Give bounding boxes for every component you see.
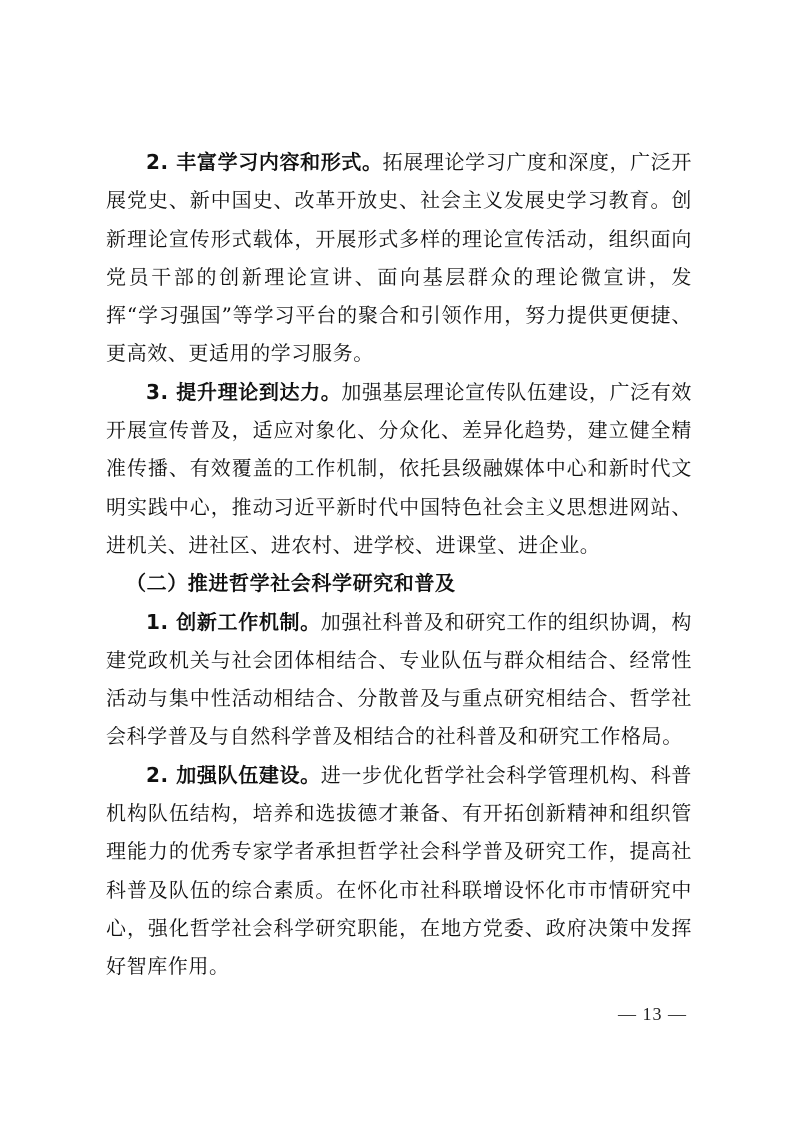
paragraph-text: 拓展理论学习广度和深度，广泛开展党史、新中国史、改革开放史、社会主义发展史学习教…: [106, 150, 692, 365]
paragraph-lead: 2. 加强队伍建设。: [146, 763, 321, 787]
page-number: — 13 —: [618, 1004, 687, 1025]
section-heading: （二）推进哲学社会科学研究和普及: [106, 564, 692, 602]
document-body: 2. 丰富学习内容和形式。拓展理论学习广度和深度，广泛开展党史、新中国史、改革开…: [106, 143, 692, 986]
paragraph-theory-reach: 3. 提升理论到达力。加强基层理论宣传队伍建设，广泛有效开展宣传普及，适应对象化…: [106, 373, 692, 564]
paragraph-text: 加强基层理论宣传队伍建设，广泛有效开展宣传普及，适应对象化、分众化、差异化趋势，…: [106, 380, 692, 557]
paragraph-text: 进一步优化哲学社会科学管理机构、科普机构队伍结构，培养和选拔德才兼备、有开拓创新…: [106, 763, 692, 978]
paragraph-lead: 2. 丰富学习内容和形式。: [146, 150, 383, 174]
paragraph-lead: 3. 提升理论到达力。: [146, 380, 341, 404]
paragraph-lead: 1. 创新工作机制。: [146, 610, 321, 634]
paragraph-innovate-mechanism: 1. 创新工作机制。加强社科普及和研究工作的组织协调，构建党政机关与社会团体相结…: [106, 603, 692, 756]
paragraph-team-building: 2. 加强队伍建设。进一步优化哲学社会科学管理机构、科普机构队伍结构，培养和选拔…: [106, 756, 692, 986]
paragraph-enrich-learning: 2. 丰富学习内容和形式。拓展理论学习广度和深度，广泛开展党史、新中国史、改革开…: [106, 143, 692, 373]
